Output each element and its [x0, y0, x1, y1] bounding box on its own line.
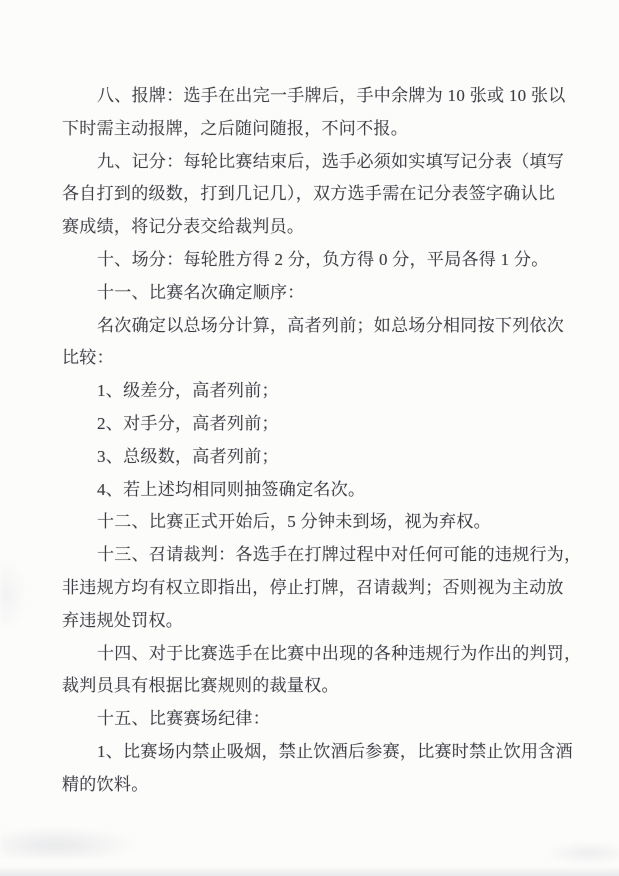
- paragraph-rule-11-item-2: 2、对手分，高者列前；: [62, 408, 562, 441]
- scan-smudge-artifact: [0, 826, 140, 858]
- text-line: 精的饮料。: [62, 769, 562, 802]
- text-line: 1、级差分，高者列前；: [62, 375, 562, 408]
- text-line: 十三、召请裁判：各选手在打牌过程中对任何可能的违规行为，: [62, 539, 562, 572]
- text-line: 下时需主动报牌，之后随问随报，不问不报。: [62, 113, 562, 146]
- text-line: 名次确定以总场分计算，高者列前；如总场分相同按下列依次: [62, 310, 562, 343]
- paragraph-rule-11-item-1: 1、级差分，高者列前；: [62, 375, 562, 408]
- text-line: 各自打到的级数，打到几记几），双方选手需在记分表签字确认比: [62, 178, 562, 211]
- paragraph-rule-14: 十四、对于比赛选手在比赛中出现的各种违规行为作出的判罚， 裁判员具有根据比赛规则…: [62, 638, 562, 704]
- scanned-document-page: 八、报牌：选手在出完一手牌后，手中余牌为 10 张或 10 张以 下时需主动报牌…: [0, 0, 619, 876]
- text-line: 十一、比赛名次确定顺序：: [62, 277, 562, 310]
- text-line: 八、报牌：选手在出完一手牌后，手中余牌为 10 张或 10 张以: [62, 80, 562, 113]
- text-line: 3、总级数，高者列前；: [62, 441, 562, 474]
- text-line: 赛成绩，将记分表交给裁判员。: [62, 211, 562, 244]
- text-line: 裁判员具有根据比赛规则的裁量权。: [62, 670, 562, 703]
- paragraph-rule-11-item-3: 3、总级数，高者列前；: [62, 441, 562, 474]
- text-line: 十、场分：每轮胜方得 2 分，负方得 0 分，平局各得 1 分。: [62, 244, 562, 277]
- paragraph-rule-12: 十二、比赛正式开始后，5 分钟未到场，视为弃权。: [62, 506, 562, 539]
- paragraph-rule-13: 十三、召请裁判：各选手在打牌过程中对任何可能的违规行为， 非违规方均有权立即指出…: [62, 539, 562, 637]
- text-line: 十四、对于比赛选手在比赛中出现的各种违规行为作出的判罚，: [62, 638, 562, 671]
- paragraph-rule-11-item-4: 4、若上述均相同则抽签确定名次。: [62, 474, 562, 507]
- text-line: 九、记分：每轮比赛结束后，选手必须如实填写记分表（填写: [62, 146, 562, 179]
- paragraph-rule-8: 八、报牌：选手在出完一手牌后，手中余牌为 10 张或 10 张以 下时需主动报牌…: [62, 80, 562, 146]
- scan-edge-shadow: [0, 866, 619, 876]
- text-line: 十五、比赛赛场纪律：: [62, 703, 562, 736]
- text-line: 1、比赛场内禁止吸烟，禁止饮酒后参赛，比赛时禁止饮用含酒: [62, 736, 562, 769]
- text-line: 十二、比赛正式开始后，5 分钟未到场，视为弃权。: [62, 506, 562, 539]
- paragraph-rule-15-item-1: 1、比赛场内禁止吸烟，禁止饮酒后参赛，比赛时禁止饮用含酒 精的饮料。: [62, 736, 562, 802]
- paragraph-rule-15-heading: 十五、比赛赛场纪律：: [62, 703, 562, 736]
- text-line: 比较：: [62, 342, 562, 375]
- text-line: 2、对手分，高者列前；: [62, 408, 562, 441]
- paragraph-rule-10: 十、场分：每轮胜方得 2 分，负方得 0 分，平局各得 1 分。: [62, 244, 562, 277]
- scan-smudge-artifact: [544, 842, 619, 864]
- text-line: 弃违规处罚权。: [62, 605, 562, 638]
- paragraph-rule-11-heading: 十一、比赛名次确定顺序：: [62, 277, 562, 310]
- paragraph-rule-9: 九、记分：每轮比赛结束后，选手必须如实填写记分表（填写 各自打到的级数，打到几记…: [62, 146, 562, 244]
- text-line: 非违规方均有权立即指出，停止打牌，召请裁判；否则视为主动放: [62, 572, 562, 605]
- text-line: 4、若上述均相同则抽签确定名次。: [62, 474, 562, 507]
- document-body-text: 八、报牌：选手在出完一手牌后，手中余牌为 10 张或 10 张以 下时需主动报牌…: [62, 80, 562, 802]
- paragraph-rule-11-intro: 名次确定以总场分计算，高者列前；如总场分相同按下列依次 比较：: [62, 310, 562, 376]
- scan-smudge-artifact: [0, 560, 26, 630]
